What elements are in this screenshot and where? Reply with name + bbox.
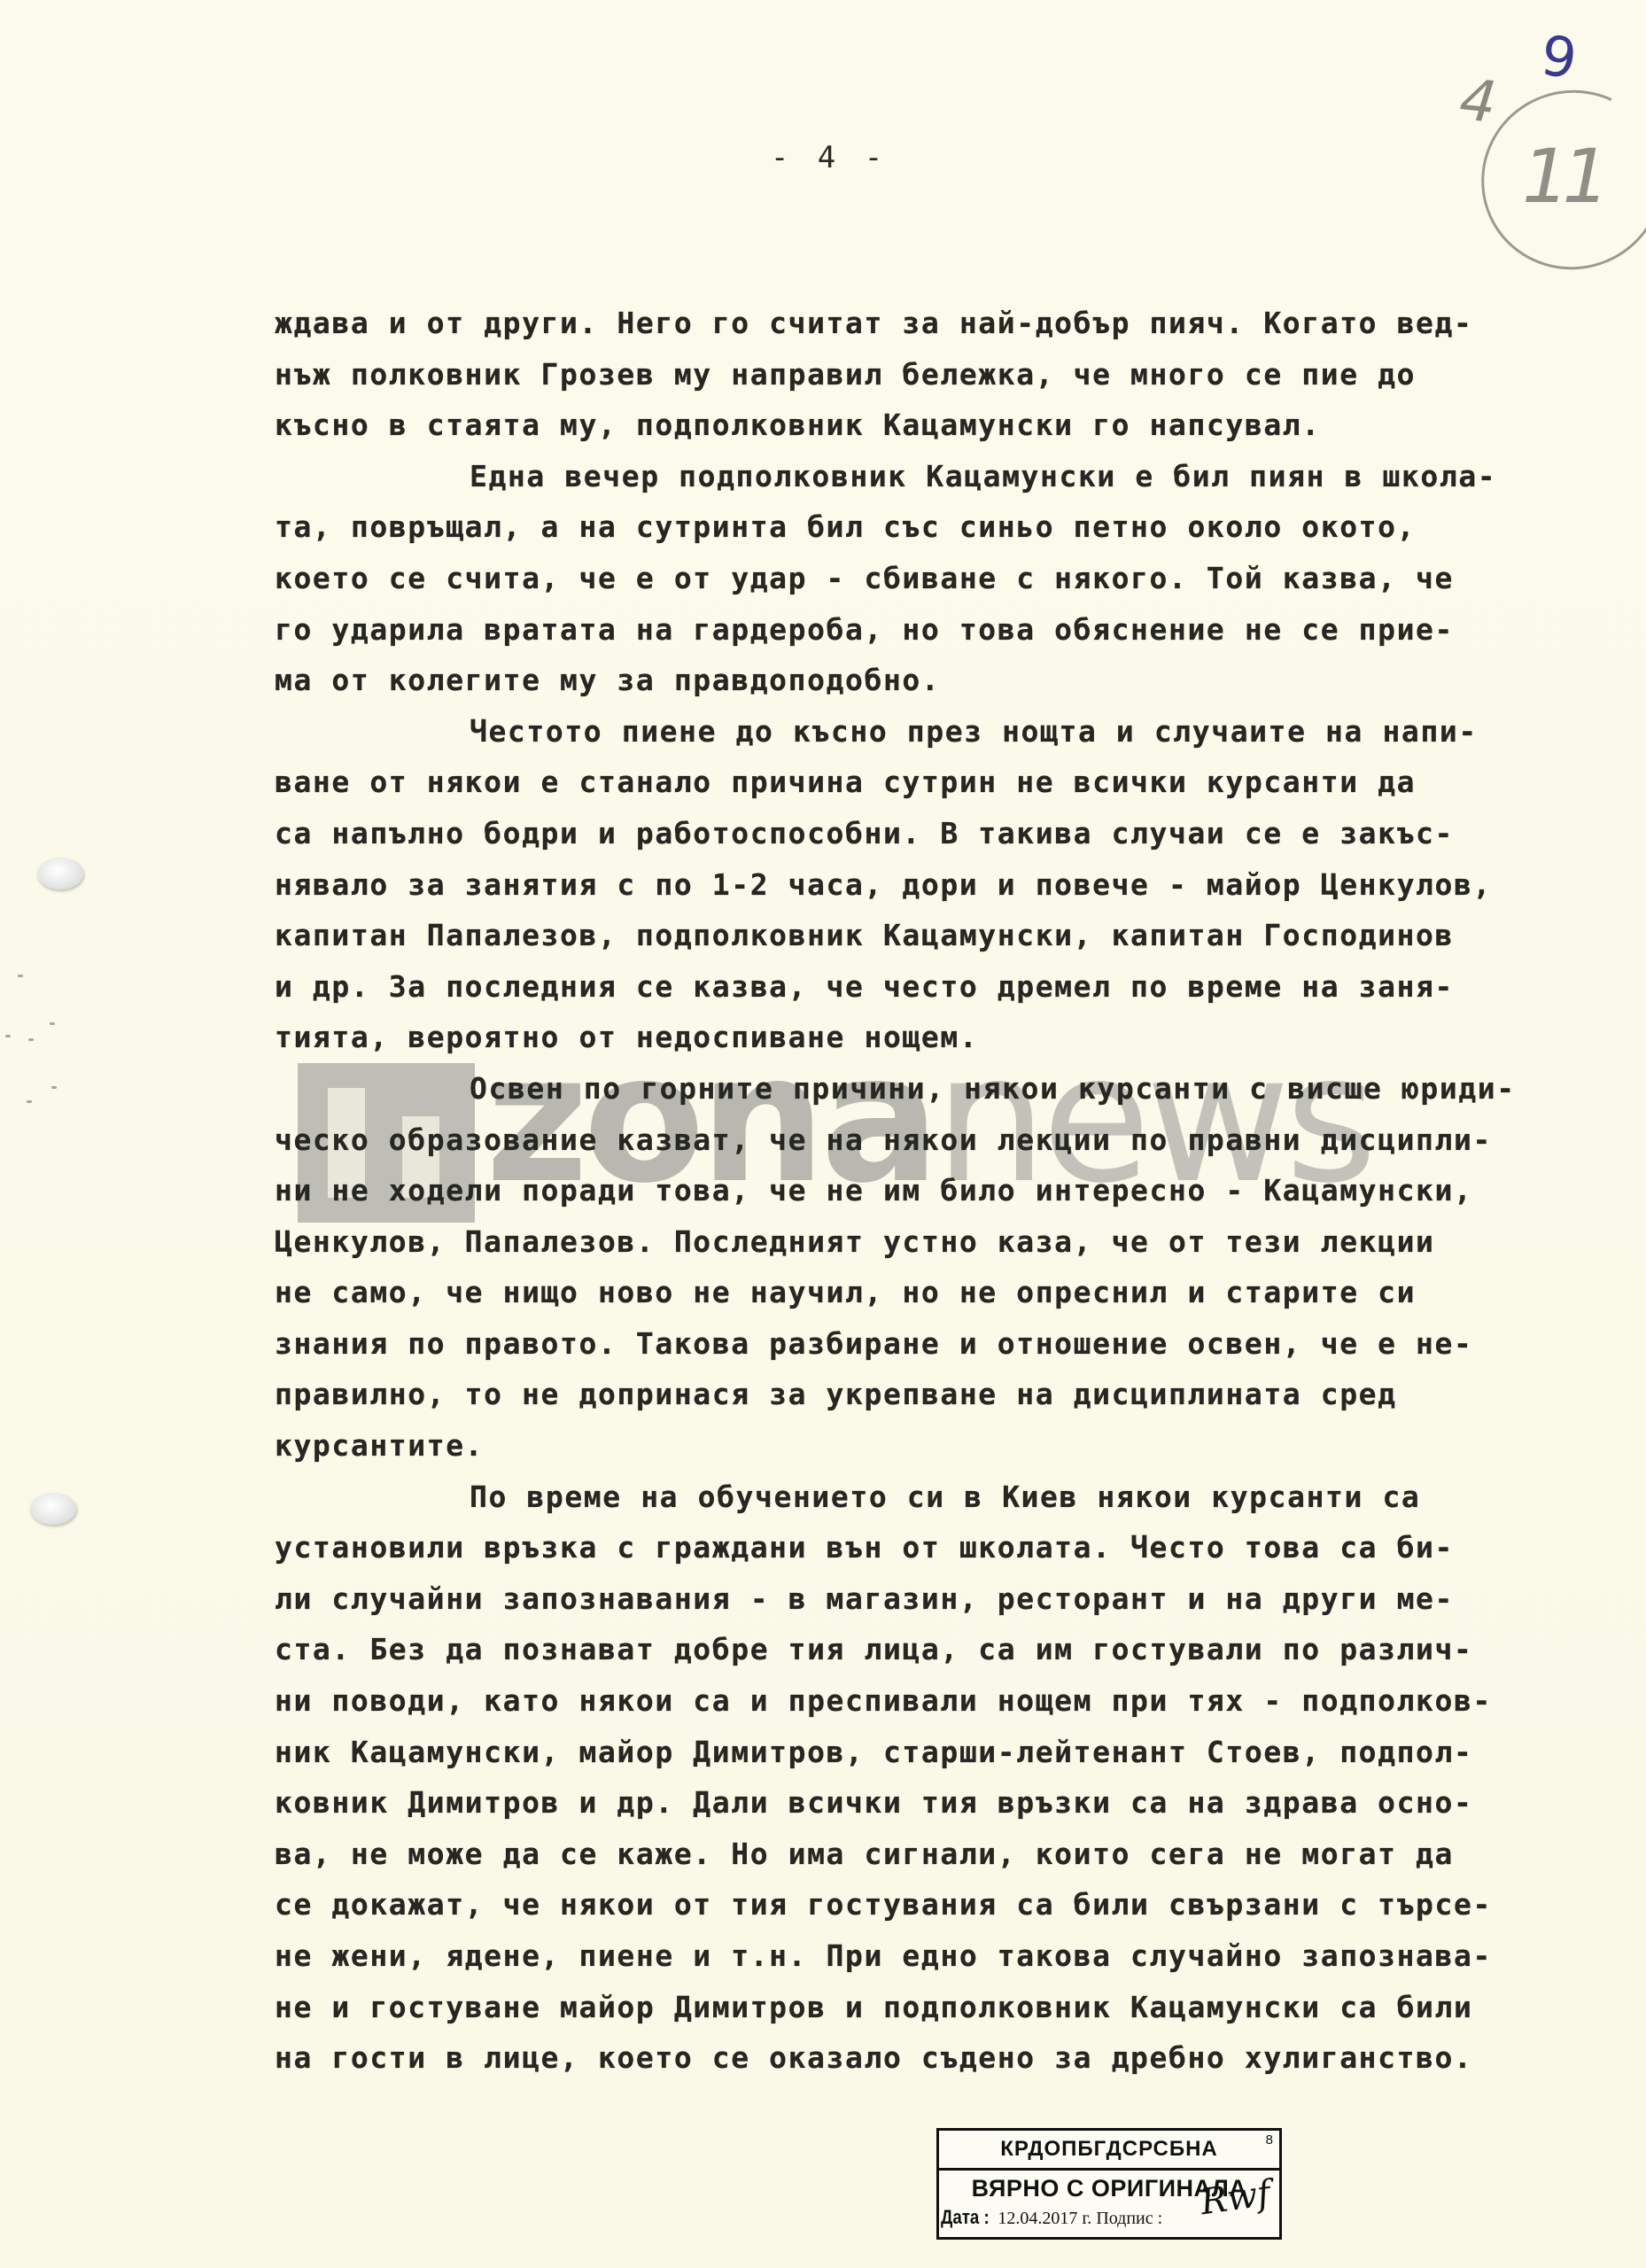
text-line: та, повръщал, а на сутринта бил със синь…	[275, 501, 1603, 553]
text-line: ческо образование казват, че на някои ле…	[275, 1115, 1603, 1166]
text-line: не жени, ядене, пиене и т.н. При едно та…	[275, 1930, 1603, 1982]
text-line: ждава и от други. Него го считат за най-…	[275, 298, 1603, 349]
paper-speck	[18, 975, 23, 977]
handwritten-annotation-left: 4	[1456, 67, 1499, 136]
text-line: правилно, то не допринася за укрепване н…	[275, 1369, 1603, 1420]
stamp-date-label: Дата :	[941, 2204, 990, 2231]
text-line: ни не ходели поради това, че не им било …	[275, 1165, 1603, 1216]
text-line: и др. За последния се казва, че често др…	[275, 961, 1603, 1013]
text-line: на гости в лице, което се оказало съдено…	[275, 2032, 1603, 2084]
handwritten-annotation-top: 9	[1537, 23, 1580, 92]
text-line: ни поводи, като някои са и преспивали но…	[275, 1675, 1603, 1727]
text-line: Честото пиене до късно през нощта и случ…	[275, 706, 1603, 757]
text-line: нявало за занятия с по 1-2 часа, дори и …	[275, 859, 1603, 911]
text-line: го ударила вратата на гардероба, но това…	[275, 604, 1603, 656]
text-line: Освен по горните причини, някои курсанти…	[275, 1063, 1603, 1115]
text-line: се докажат, че някои от тия гостувания с…	[275, 1879, 1603, 1930]
text-line: са напълно бодри и работоспособни. В так…	[275, 808, 1603, 859]
text-line: не само, че нищо ново не научил, но не о…	[275, 1267, 1603, 1318]
text-line: ста. Без да познават добре тия лица, са …	[275, 1624, 1603, 1675]
document-body: ждава и от други. Него го считат за най-…	[275, 298, 1603, 2084]
text-line: ва, не може да се каже. Но има сигнали, …	[275, 1829, 1603, 1880]
text-line: ник Кацамунски, майор Димитров, старши-л…	[275, 1727, 1603, 1778]
stamp-institution: КРДОПБГДСРСБНА	[1000, 2137, 1218, 2161]
text-line: не и гостуване майор Димитров и подполко…	[275, 1982, 1603, 2033]
certification-stamp: КРДОПБГДСРСБНА 8 ВЯРНО С ОРИГИНАЛА Дата …	[936, 2128, 1282, 2240]
text-line: По време на обучението си в Киев някои к…	[275, 1472, 1603, 1523]
page-number: - 4 -	[758, 140, 900, 175]
stamp-signature: Rwf	[1199, 2180, 1272, 2217]
text-line: ване от някои е станало причина сутрин н…	[275, 757, 1603, 808]
text-line: капитан Папалезов, подполковник Кацамунс…	[275, 910, 1603, 961]
stamp-date-row: Дата :12.04.2017 г. Подпис : Rwf	[939, 2204, 1279, 2232]
text-line: което се счита, че е от удар - сбиване с…	[275, 553, 1603, 604]
handwritten-annotation-circled: 11	[1522, 133, 1603, 220]
document-page: - 4 - 9 4 11 zonanews ждава и от други. …	[0, 0, 1646, 2268]
text-line: установили връзка с граждани вън от школ…	[275, 1522, 1603, 1573]
paper-speck	[28, 1038, 34, 1041]
text-line: Една вечер подполковник Кацамунски е бил…	[275, 451, 1603, 502]
paper-speck	[51, 1086, 57, 1089]
text-line: късно в стаята му, подполковник Кацамунс…	[275, 400, 1603, 451]
text-line: знания по правото. Такова разбиране и от…	[275, 1318, 1603, 1370]
text-line: Ценкулов, Папалезов. Последният устно ка…	[275, 1216, 1603, 1268]
paper-speck	[5, 1035, 11, 1037]
stamp-institution-row: КРДОПБГДСРСБНА 8	[939, 2131, 1279, 2171]
punch-hole	[37, 858, 83, 889]
text-line: тията, вероятно от недоспиване нощем.	[275, 1012, 1603, 1063]
punch-hole	[30, 1493, 76, 1525]
stamp-date-value: 12.04.2017 г.	[998, 2209, 1091, 2228]
text-line: ма от колегите му за правдоподобно.	[275, 655, 1603, 706]
stamp-signature-label: Подпис :	[1096, 2209, 1162, 2228]
paper-speck	[50, 1022, 55, 1025]
text-line: ковник Димитров и др. Дали всички тия вр…	[275, 1777, 1603, 1829]
stamp-number: 8	[1266, 2122, 1274, 2159]
text-line: курсантите.	[275, 1420, 1603, 1472]
text-line: ли случайни запознавания - в магазин, ре…	[275, 1573, 1603, 1625]
paper-speck	[27, 1100, 32, 1103]
text-line: нъж полковник Грозев му направил бележка…	[275, 349, 1603, 400]
